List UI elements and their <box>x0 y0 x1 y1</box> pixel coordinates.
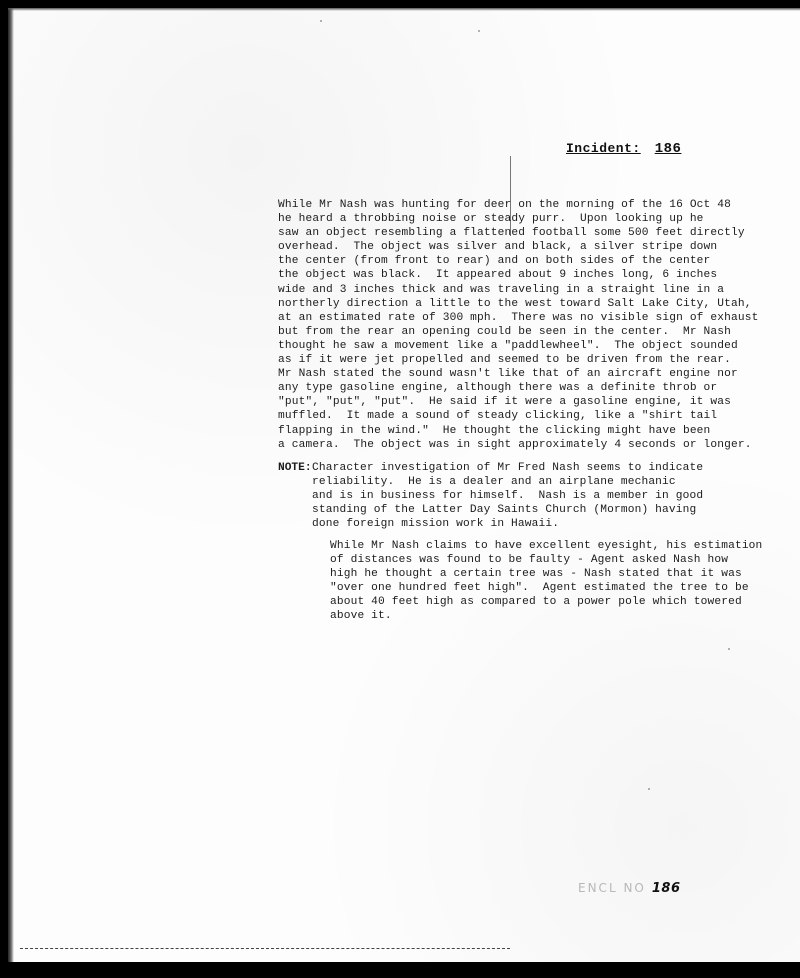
incident-label: Incident: <box>566 141 641 156</box>
report-line: muffled. It made a sound of steady click… <box>278 409 748 423</box>
note-line: Character investigation of Mr Fred Nash … <box>312 461 758 475</box>
report-line: flapping in the wind." He thought the cl… <box>278 424 748 438</box>
report-line: "put", "put", "put". He said if it were … <box>278 395 748 409</box>
report-line: at an estimated rate of 300 mph. There w… <box>278 311 748 325</box>
note-line: and is in business for himself. Nash is … <box>312 489 758 503</box>
scan-speckle <box>728 648 730 650</box>
note-line: While Mr Nash claims to have excellent e… <box>330 539 780 553</box>
note-label: NOTE: <box>278 461 312 531</box>
incident-header: Incident:186 <box>566 141 681 157</box>
report-body: While Mr Nash was hunting for deer on th… <box>278 198 748 452</box>
scan-bottom-edge <box>0 962 800 978</box>
enclosure-stamp: ENCL NO186 <box>578 881 681 896</box>
scan-speckle <box>320 20 322 22</box>
note-paragraph-2: While Mr Nash claims to have excellent e… <box>330 539 780 624</box>
report-line: thought he saw a movement like a "paddle… <box>278 339 748 353</box>
report-line: any type gasoline engine, although there… <box>278 381 748 395</box>
stamp-number: 186 <box>652 881 681 896</box>
report-line: saw an object resembling a flattened foo… <box>278 226 748 240</box>
report-line: northerly direction a little to the west… <box>278 297 748 311</box>
note-line: "over one hundred feet high". Agent esti… <box>330 581 780 595</box>
note-paragraph-1: Character investigation of Mr Fred Nash … <box>312 461 758 531</box>
note-line: above it. <box>330 609 780 623</box>
scan-speckle <box>648 788 650 790</box>
incident-number: 186 <box>655 141 682 157</box>
report-line: While Mr Nash was hunting for deer on th… <box>278 198 748 212</box>
report-line: as if it were jet propelled and seemed t… <box>278 353 748 367</box>
report-line: Mr Nash stated the sound wasn't like tha… <box>278 367 748 381</box>
report-line: but from the rear an opening could be se… <box>278 325 748 339</box>
perforation-line <box>20 948 510 949</box>
report-line: he heard a throbbing noise or steady pur… <box>278 212 748 226</box>
note-line: of distances was found to be faulty - Ag… <box>330 553 780 567</box>
note-line: done foreign mission work in Hawaii. <box>312 517 758 531</box>
stamp-prefix: ENCL NO <box>578 881 646 895</box>
report-line: the center (from front to rear) and on b… <box>278 254 748 268</box>
note-line: about 40 feet high as compared to a powe… <box>330 595 780 609</box>
report-line: wide and 3 inches thick and was travelin… <box>278 283 748 297</box>
scan-speckle <box>478 30 480 32</box>
scan-top-edge <box>8 8 800 11</box>
note-line: high he thought a certain tree was - Nas… <box>330 567 780 581</box>
note-line: standing of the Latter Day Saints Church… <box>312 503 758 517</box>
note-section: NOTE: Character investigation of Mr Fred… <box>278 461 758 531</box>
document-page: Incident:186 While Mr Nash was hunting f… <box>8 8 800 970</box>
note-line: reliability. He is a dealer and an airpl… <box>312 475 758 489</box>
report-line: overhead. The object was silver and blac… <box>278 240 748 254</box>
report-line: the object was black. It appeared about … <box>278 268 748 282</box>
report-line: a camera. The object was in sight approx… <box>278 438 748 452</box>
scan-left-edge <box>8 8 14 970</box>
